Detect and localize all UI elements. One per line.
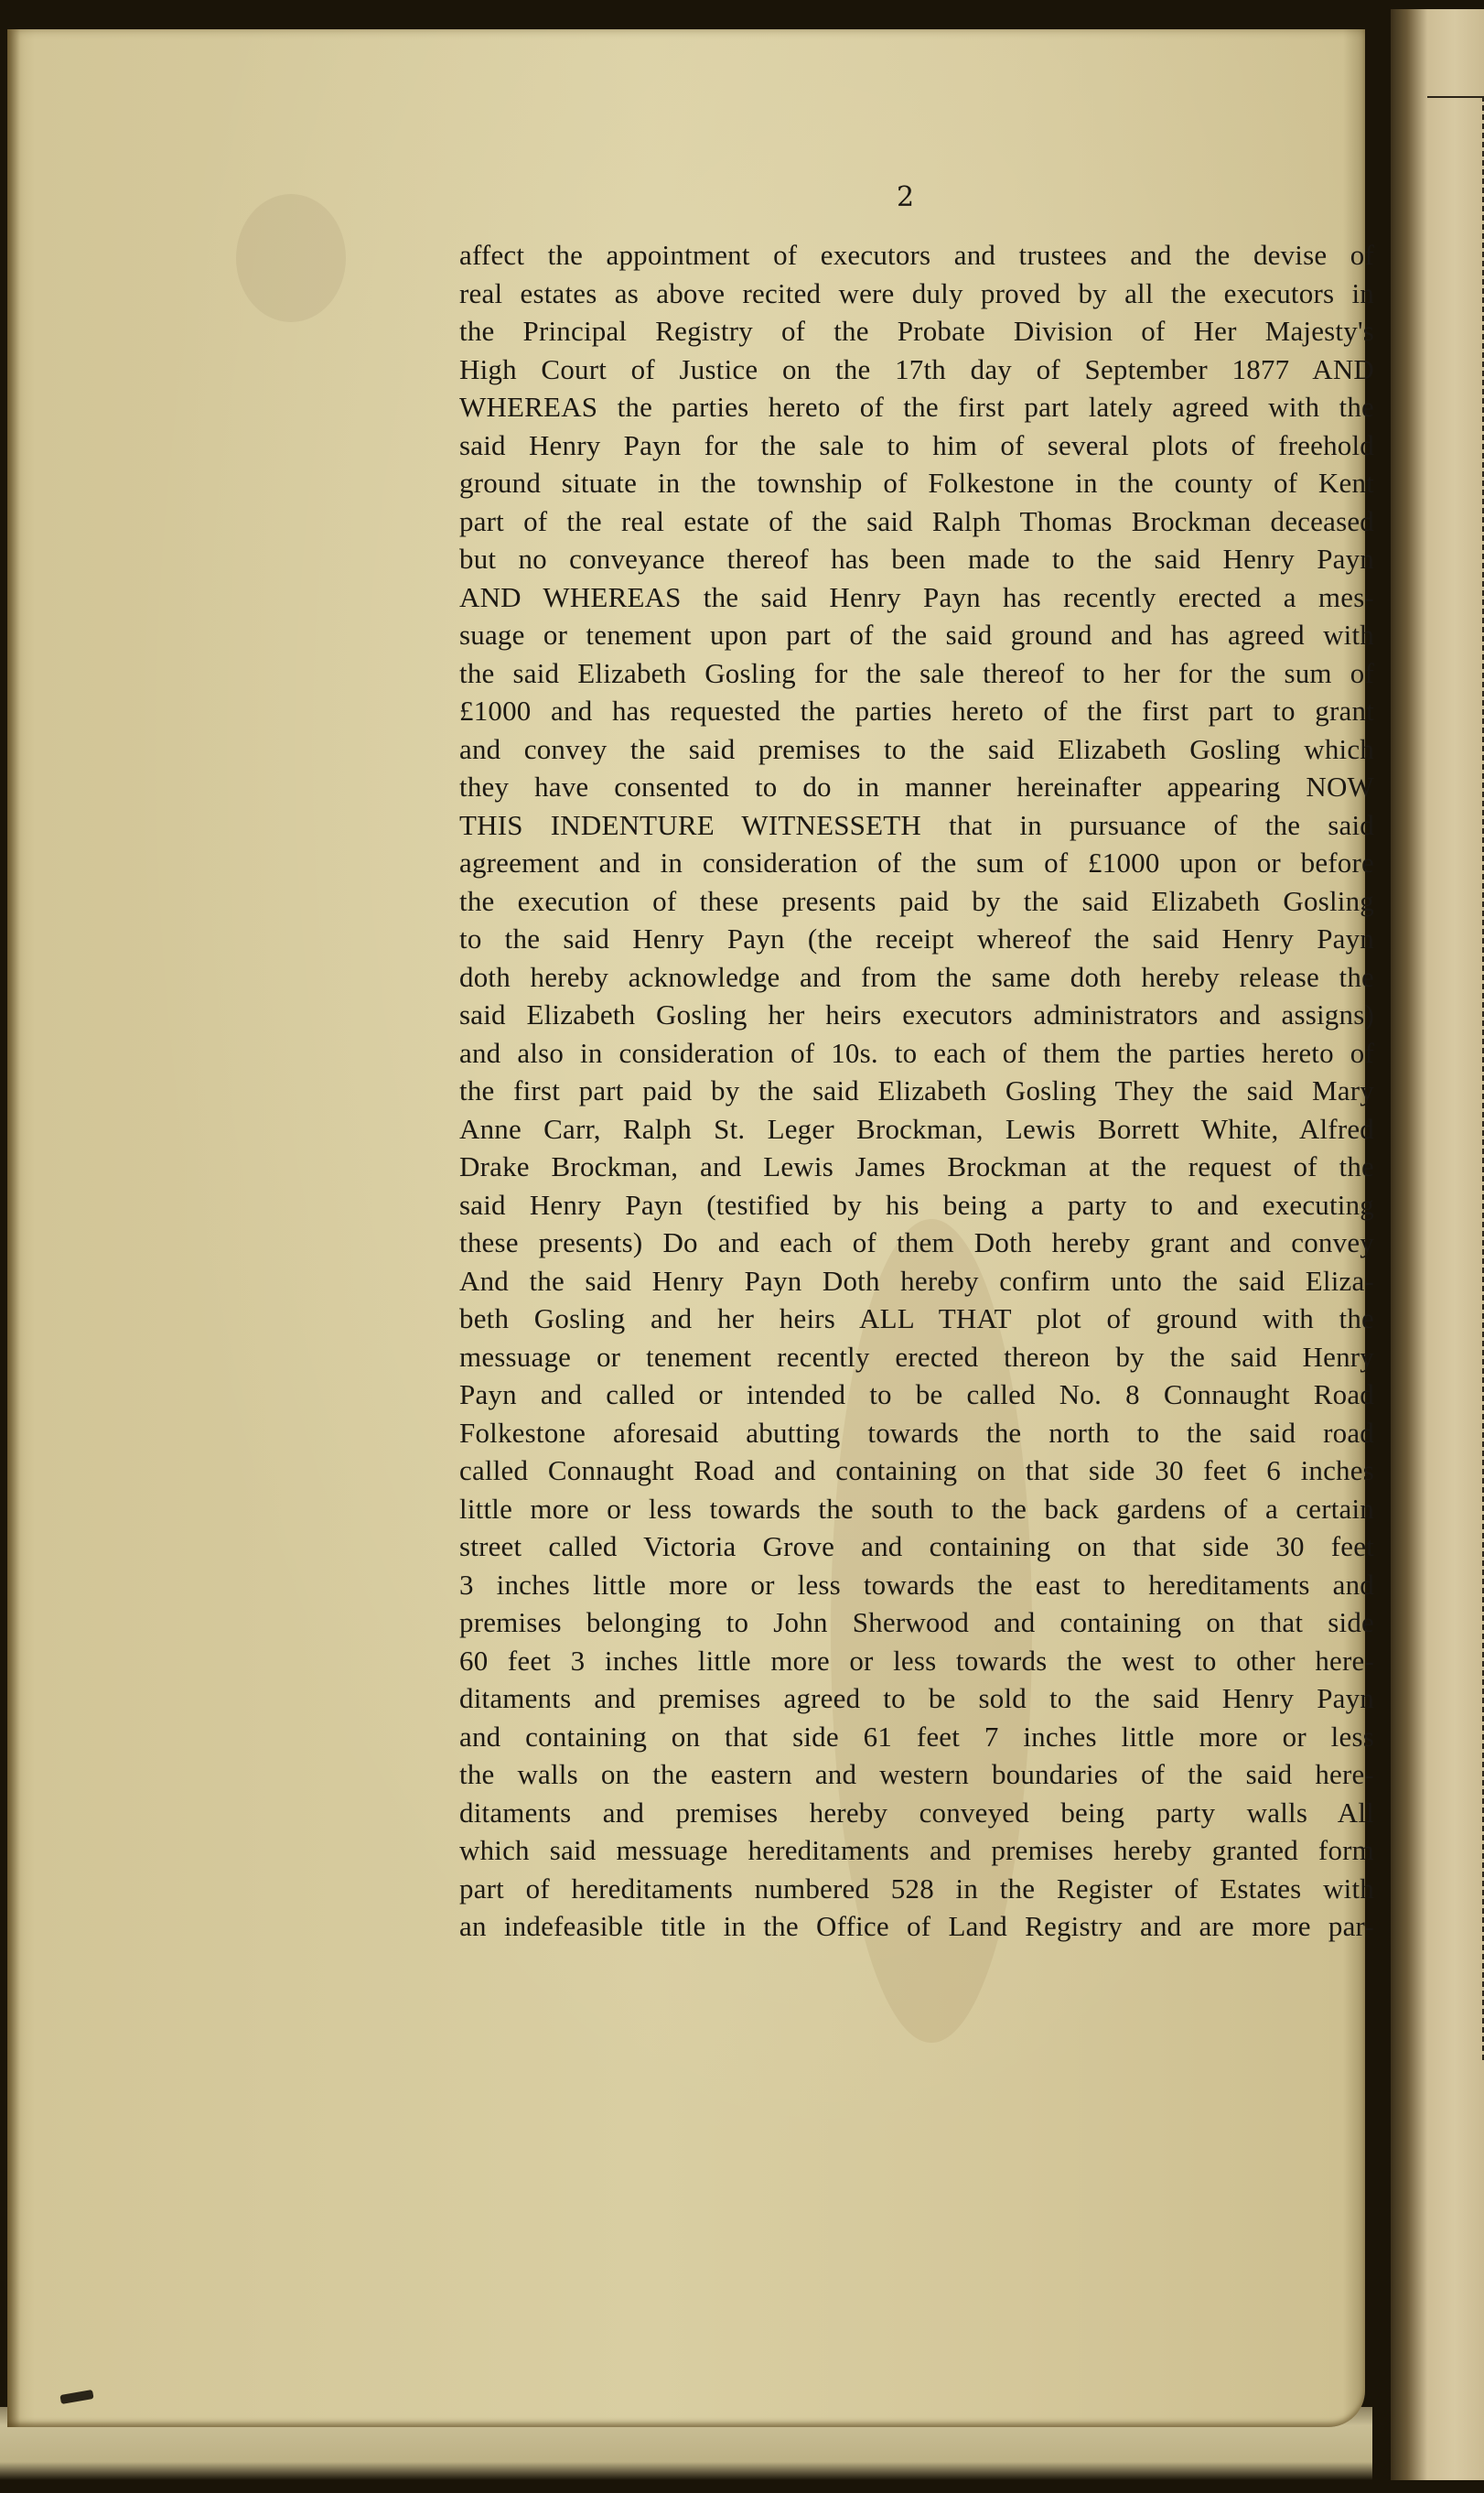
text-line: they have consented to do in manner here… [459,768,1374,806]
text-line: 60 feet 3 inches little more or less tow… [459,1642,1374,1680]
text-line: little more or less towards the south to… [459,1490,1374,1528]
text-line: messuage or tenement recently erected th… [459,1338,1374,1376]
text-line: ditaments and premises agreed to be sold… [459,1679,1374,1718]
text-line: and convey the said premises to the said… [459,730,1374,769]
text-line: doth hereby acknowledge and from the sam… [459,958,1374,997]
text-line: these presents) Do and each of them Doth… [459,1224,1374,1262]
text-line: And the said Henry Payn Doth hereby conf… [459,1262,1374,1300]
text-line: the walls on the eastern and western bou… [459,1755,1374,1794]
text-line: AND WHEREAS the said Henry Payn has rece… [459,578,1374,617]
text-line: called Connaught Road and containing on … [459,1452,1374,1490]
ruled-border-top [1427,96,1484,98]
text-line: the Principal Registry of the Probate Di… [459,312,1374,351]
text-line: said Elizabeth Gosling her heirs executo… [459,996,1374,1034]
text-line: part of hereditaments numbered 528 in th… [459,1870,1374,1908]
text-line: to the said Henry Payn (the receipt wher… [459,920,1374,958]
text-line: and also in consideration of 10s. to eac… [459,1034,1374,1073]
text-line: 3 inches little more or less towards the… [459,1566,1374,1604]
text-line: the said Elizabeth Gosling for the sale … [459,654,1374,693]
text-line: ditaments and premises hereby conveyed b… [459,1794,1374,1832]
ink-mark [59,2390,93,2404]
indenture-text: affect the appointment of executors and … [459,236,1374,1946]
text-line: £1000 and has requested the parties here… [459,692,1374,730]
text-line: and containing on that side 61 feet 7 in… [459,1718,1374,1756]
text-line: an indefeasible title in the Office of L… [459,1907,1374,1946]
text-line: ground situate in the township of Folkes… [459,464,1374,502]
text-line: THIS INDENTURE WITNESSETH that in pursua… [459,806,1374,845]
text-line: said Henry Payn (testified by his being … [459,1186,1374,1225]
text-line: Drake Brockman, and Lewis James Brockman… [459,1148,1374,1186]
text-line: Folkestone aforesaid abutting towards th… [459,1414,1374,1452]
text-line: which said messuage hereditaments and pr… [459,1831,1374,1870]
text-line: said Henry Payn for the sale to him of s… [459,426,1374,465]
paper-stain [236,194,346,322]
text-line: suage or tenement upon part of the said … [459,616,1374,654]
text-line: premises belonging to John Sherwood and … [459,1603,1374,1642]
text-line: but no conveyance thereof has been made … [459,540,1374,578]
text-line: part of the real estate of the said Ralp… [459,502,1374,541]
text-line: agreement and in consideration of the su… [459,844,1374,882]
text-line: the execution of these presents paid by … [459,882,1374,921]
text-line: street called Victoria Grove and contain… [459,1527,1374,1566]
adjacent-page-edge [1391,9,1484,2480]
text-line: Anne Carr, Ralph St. Leger Brockman, Lew… [459,1110,1374,1149]
text-line: High Court of Justice on the 17th day of… [459,351,1374,389]
page-number: 2 [897,181,914,213]
text-line: real estates as above recited were duly … [459,275,1374,313]
text-line: the first part paid by the said Elizabet… [459,1072,1374,1110]
text-line: beth Gosling and her heirs ALL THAT plot… [459,1300,1374,1338]
text-line: affect the appointment of executors and … [459,236,1374,275]
text-line: WHEREAS the parties hereto of the first … [459,388,1374,426]
text-line: Payn and called or intended to be called… [459,1376,1374,1414]
